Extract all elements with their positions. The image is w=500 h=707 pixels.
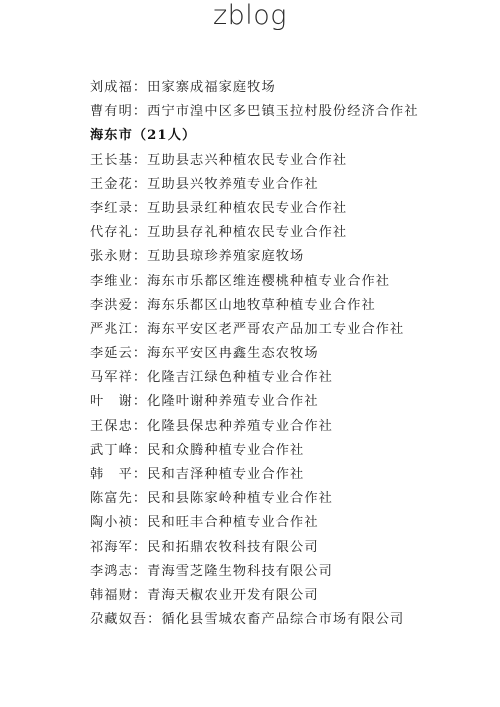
person-name: 李鸿志	[90, 561, 133, 583]
list-item: 张永财：互助县琼珍养殖家庭牧场	[90, 246, 490, 270]
organization-name: 青海雪芝隆生物科技有限公司	[147, 561, 333, 583]
organization-name: 民和县陈家岭种植专业合作社	[147, 488, 333, 510]
list-item: 李延云：海东平安区冉鑫生态农牧场	[90, 343, 490, 367]
separator: ：	[133, 488, 147, 510]
person-name: 王保忠	[90, 416, 133, 438]
list-item: 马军祥：化隆吉江绿色种植专业合作社	[90, 367, 490, 391]
organization-name: 海东平安区冉鑫生态农牧场	[147, 343, 318, 365]
list-item: 李洪爱：海东乐都区山地牧草种植专业合作社	[90, 295, 490, 319]
person-name: 李红录	[90, 198, 133, 220]
separator: ：	[133, 150, 147, 172]
person-name: 王长基	[90, 150, 133, 172]
list-item: 祁海军：民和拓鼎农牧科技有限公司	[90, 537, 490, 561]
organization-name: 互助县志兴种植农民专业合作社	[147, 150, 347, 172]
list-item: 李鸿志：青海雪芝隆生物科技有限公司	[90, 561, 490, 585]
separator: ：	[133, 198, 147, 220]
list-item: 王长基：互助县志兴种植农民专业合作社	[90, 150, 490, 174]
list-item: 尕藏奴吾：循化县雪城农畜产品综合市场有限公司	[90, 609, 490, 633]
organization-name: 互助县兴牧养殖专业合作社	[147, 174, 318, 196]
person-name: 王金花	[90, 174, 133, 196]
list-item: 严兆江：海东平安区老严哥农产品加工专业合作社	[90, 319, 490, 343]
person-name: 严兆江	[90, 319, 133, 341]
person-name: 韩福财	[90, 585, 133, 607]
person-name: 叶 谢	[90, 391, 133, 413]
organization-name: 民和旺丰合种植专业合作社	[147, 512, 318, 534]
list-item: 叶 谢：化隆叶谢种养殖专业合作社	[90, 391, 490, 415]
separator: ：	[133, 101, 147, 123]
list-item: 刘成福：田家寨成福家庭牧场	[90, 77, 490, 101]
list-item: 李红录：互助县录红种植农民专业合作社	[90, 198, 490, 222]
separator: ：	[133, 585, 147, 607]
list-item: 代存礼：互助县存礼种植农民专业合作社	[90, 222, 490, 246]
separator: ：	[133, 512, 147, 534]
list-item: 武丁峰：民和众腾种植专业合作社	[90, 440, 490, 464]
organization-name: 海东乐都区山地牧草种植专业合作社	[147, 295, 376, 317]
organization-name: 民和众腾种植专业合作社	[147, 440, 304, 462]
list-item: 韩 平：民和吉泽种植专业合作社	[90, 464, 490, 488]
person-name: 李延云	[90, 343, 133, 365]
separator: ：	[133, 174, 147, 196]
organization-name: 化隆吉江绿色种植专业合作社	[147, 367, 333, 389]
organization-name: 西宁市湟中区多巴镇玉拉村股份经济合作社	[147, 101, 418, 123]
person-name: 马军祥	[90, 367, 133, 389]
list-item: 李维业：海东市乐都区维连樱桃种植专业合作社	[90, 271, 490, 295]
person-name: 尕藏奴吾	[90, 609, 147, 631]
person-name: 李维业	[90, 271, 133, 293]
person-name: 陶小祯	[90, 512, 133, 534]
section-heading: 海东市（21人）	[90, 125, 490, 149]
separator: ：	[133, 367, 147, 389]
organization-name: 田家寨成福家庭牧场	[147, 77, 276, 99]
separator: ：	[133, 561, 147, 583]
separator: ：	[133, 271, 147, 293]
organization-name: 民和吉泽种植专业合作社	[147, 464, 304, 486]
document-body: 刘成福：田家寨成福家庭牧场 曹有明：西宁市湟中区多巴镇玉拉村股份经济合作社 海东…	[90, 77, 490, 633]
separator: ：	[133, 416, 147, 438]
list-item: 陶小祯：民和旺丰合种植专业合作社	[90, 512, 490, 536]
separator: ：	[147, 609, 161, 631]
organization-name: 化隆县保忠种养殖专业合作社	[147, 416, 333, 438]
separator: ：	[133, 246, 147, 268]
separator: ：	[133, 440, 147, 462]
person-name: 韩 平	[90, 464, 133, 486]
person-name: 武丁峰	[90, 440, 133, 462]
person-name: 陈富先	[90, 488, 133, 510]
separator: ：	[133, 464, 147, 486]
organization-name: 循化县雪城农畜产品综合市场有限公司	[161, 609, 404, 631]
organization-name: 海东平安区老严哥农产品加工专业合作社	[147, 319, 404, 341]
person-name: 刘成福	[90, 77, 133, 99]
organization-name: 海东市乐都区维连樱桃种植专业合作社	[147, 271, 390, 293]
list-item: 韩福财：青海天椒农业开发有限公司	[90, 585, 490, 609]
person-name: 代存礼	[90, 222, 133, 244]
person-name: 李洪爱	[90, 295, 133, 317]
person-name: 祁海军	[90, 537, 133, 559]
separator: ：	[133, 391, 147, 413]
list-item: 曹有明：西宁市湟中区多巴镇玉拉村股份经济合作社	[90, 101, 490, 125]
organization-name: 互助县存礼种植农民专业合作社	[147, 222, 347, 244]
separator: ：	[133, 295, 147, 317]
list-item: 王金花：互助县兴牧养殖专业合作社	[90, 174, 490, 198]
separator: ：	[133, 222, 147, 244]
organization-name: 互助县录红种植农民专业合作社	[147, 198, 347, 220]
person-name: 曹有明	[90, 101, 133, 123]
separator: ：	[133, 537, 147, 559]
list-item: 陈富先：民和县陈家岭种植专业合作社	[90, 488, 490, 512]
separator: ：	[133, 319, 147, 341]
organization-name: 化隆叶谢种养殖专业合作社	[147, 391, 318, 413]
list-item: 王保忠：化隆县保忠种养殖专业合作社	[90, 416, 490, 440]
organization-name: 青海天椒农业开发有限公司	[147, 585, 318, 607]
person-name: 张永财	[90, 246, 133, 268]
separator: ：	[133, 343, 147, 365]
separator: ：	[133, 77, 147, 99]
organization-name: 互助县琼珍养殖家庭牧场	[147, 246, 304, 268]
site-title[interactable]: zblog	[0, 0, 500, 32]
organization-name: 民和拓鼎农牧科技有限公司	[147, 537, 318, 559]
